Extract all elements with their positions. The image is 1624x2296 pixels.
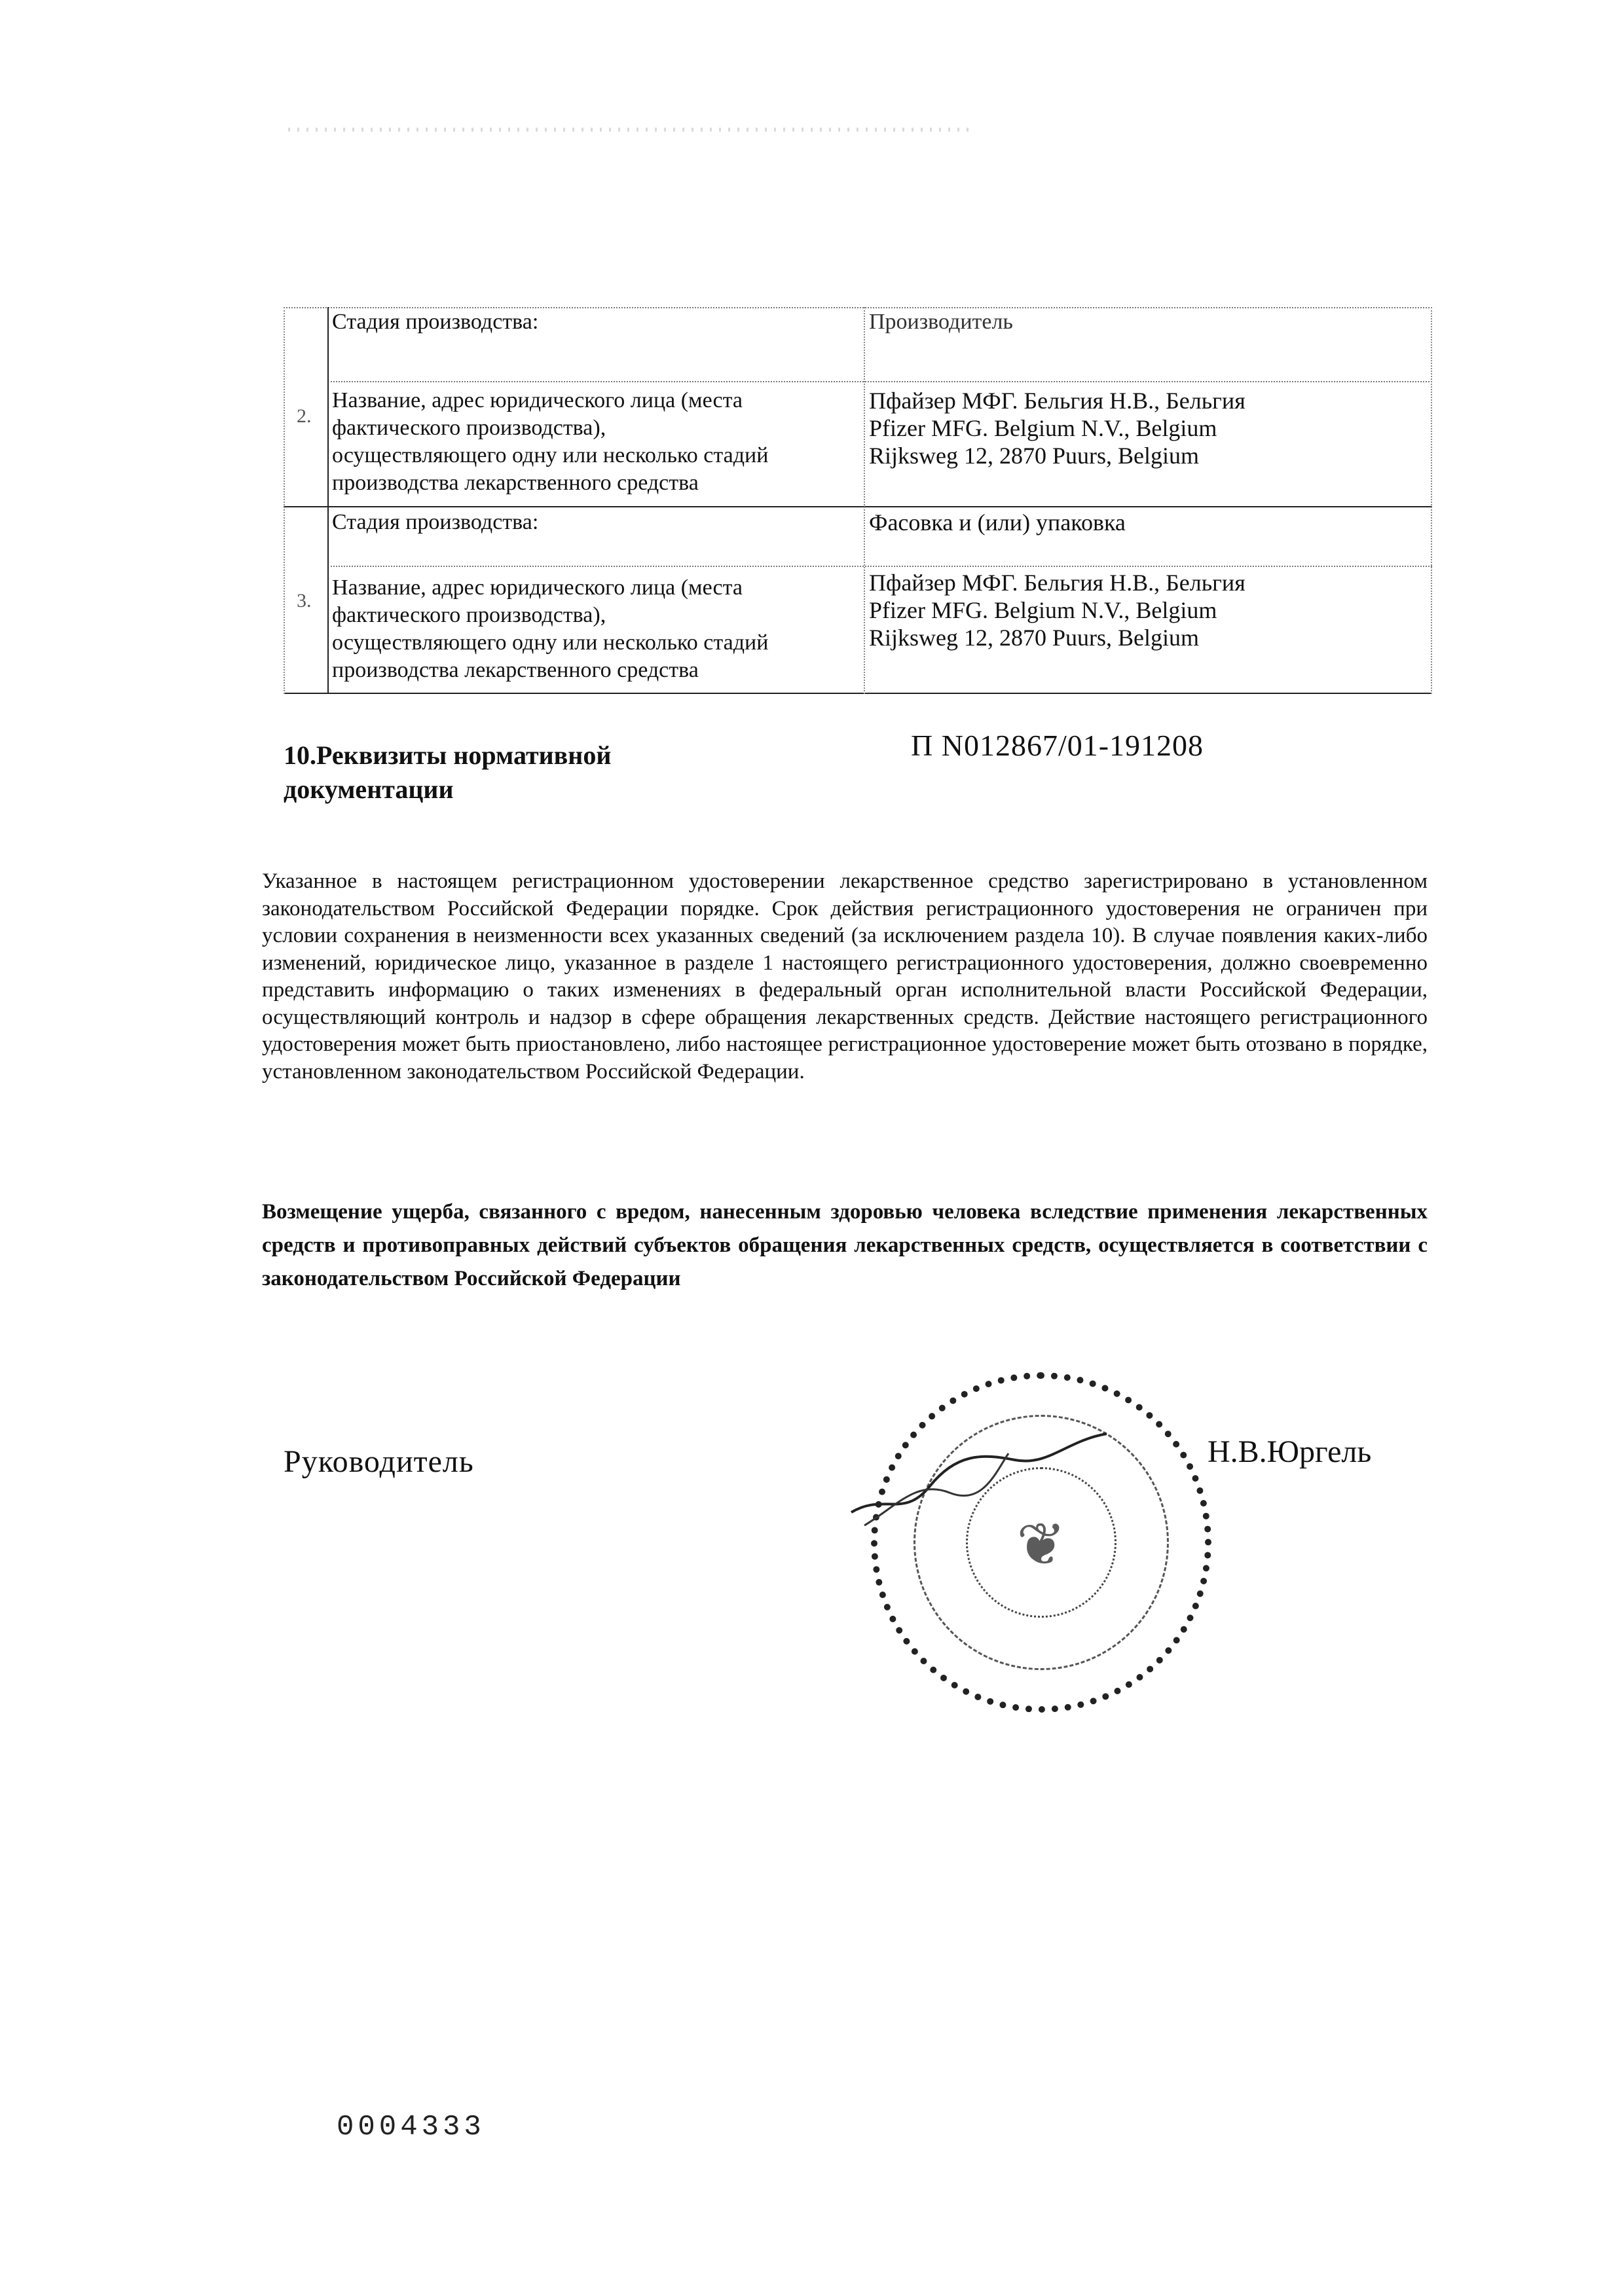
entity-value-line: Rijksweg 12, 2870 Puurs, Belgium [869,624,1246,651]
row-index: 2. [297,405,312,428]
liability-paragraph: Возмещение ущерба, связанного с вредом, … [262,1195,1428,1296]
registration-number: П N012867/01-191208 [911,728,1204,763]
heading-line: документации [284,773,611,807]
section-10-heading: 10.Реквизиты нормативной документации [284,738,611,807]
stage-value: Производитель [869,308,1013,336]
entity-value-line: Pfizer MFG. Belgium N.V., Belgium [869,414,1246,442]
entity-label-line: фактического производства), [332,414,768,442]
table-divider [327,381,1432,382]
entity-label-line: осуществляющего одну или несколько стади… [332,629,768,657]
manufacturers-table: 2. Стадия производства: Производитель На… [284,307,1432,694]
table-divider [327,307,329,694]
form-serial-number: 0004333 [337,2111,485,2143]
entity-value-line: Пфайзер МФГ. Бельгия Н.В., Бельгия [869,569,1246,596]
stage-label: Стадия производства: [332,308,538,336]
signatory-role: Руководитель [284,1444,474,1480]
handwritten-signature [845,1414,1120,1545]
table-divider [284,506,1432,507]
entity-label-line: производства лекарственного средства [332,469,768,497]
entity-label-line: Название, адрес юридического лица (места [332,387,768,414]
table-border-left [284,307,285,694]
entity-value: Пфайзер МФГ. Бельгия Н.В., Бельгия Pfize… [869,387,1246,469]
signer-name: Н.В.Юргель [1208,1434,1371,1470]
entity-value-line: Пфайзер МФГ. Бельгия Н.В., Бельгия [869,387,1246,414]
entity-label: Название, адрес юридического лица (места… [332,387,768,497]
table-divider [327,566,1432,567]
table-border-bottom [284,693,1432,694]
stage-label: Стадия производства: [332,509,538,536]
notice-paragraph: Указанное в настоящем регистрационном уд… [262,868,1428,1085]
table-divider [864,307,865,694]
entity-value: Пфайзер МФГ. Бельгия Н.В., Бельгия Pfize… [869,569,1246,651]
entity-label-line: фактического производства), [332,602,768,629]
scan-noise [288,128,976,132]
entity-label-line: производства лекарственного средства [332,657,768,684]
stage-value: Фасовка и (или) упаковка [869,509,1126,536]
entity-label: Название, адрес юридического лица (места… [332,574,768,684]
row-index: 3. [297,590,312,612]
entity-label-line: Название, адрес юридического лица (места [332,574,768,602]
entity-value-line: Pfizer MFG. Belgium N.V., Belgium [869,596,1246,624]
entity-value-line: Rijksweg 12, 2870 Puurs, Belgium [869,442,1246,469]
entity-label-line: осуществляющего одну или несколько стади… [332,442,768,469]
table-border-right [1431,307,1432,694]
heading-line: 10.Реквизиты нормативной [284,738,611,773]
